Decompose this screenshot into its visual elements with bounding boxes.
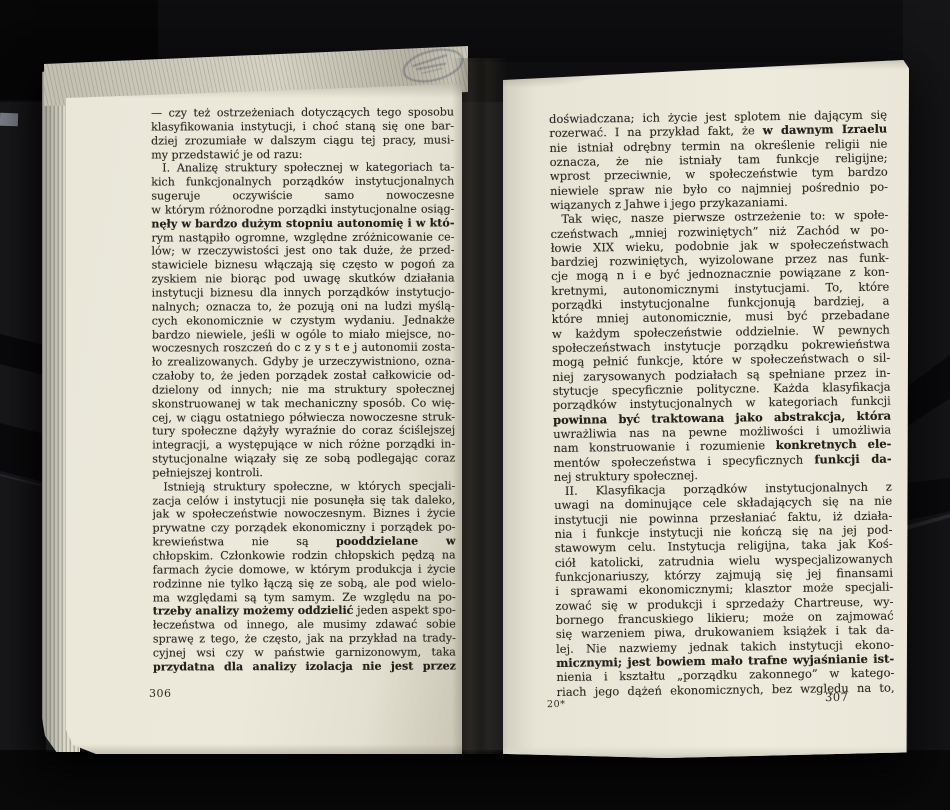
text-line: zacja celów i instytucji nie posunęła si… (152, 493, 455, 508)
text-line: cych ekonomicznie w czystym wydaniu. Jed… (152, 313, 455, 328)
page-number-right: 307 (825, 690, 849, 704)
text-line: pełniejszej kontroli. (152, 465, 455, 480)
text-line: jak w społeczeństwie nowoczesnym. Biznes… (152, 507, 455, 522)
text-line: stawiciele biznesu włączają się często w… (152, 258, 455, 273)
gray-dash (0, 113, 18, 127)
text-line: chłopskim. Członkowie rodzin chłopskich … (153, 548, 456, 563)
signature-mark: 20* (547, 699, 565, 710)
text-line: klasyfikowania instytucji, i choć staną … (151, 119, 454, 134)
text-line: — czy też ostrzeżeniach dotyczących tego… (151, 105, 454, 120)
text-line: woczesnych roszczeń do c z y s t e j aut… (152, 341, 455, 356)
text-line: integracji, a występujące w nich różne p… (152, 438, 455, 453)
text-line: dzielony od innych; nie ma struktury spo… (152, 382, 455, 397)
text-line: ma względami są tym samym. Ze względu na… (153, 590, 456, 605)
text-line: krewieństwa nie są pooddzielane w społec… (153, 535, 456, 550)
left-page-text: — czy też ostrzeżeniach dotyczących tego… (151, 105, 456, 674)
text-line: rym nastąpiło ogromne, względne zróżnico… (151, 230, 454, 245)
background-bottom (0, 750, 950, 810)
text-line: prywatne czy porządek ekonomiczny i porz… (152, 521, 455, 536)
text-line: my przedstawić je od razu: (151, 147, 454, 162)
text-line: nęły w bardzo dużym stopniu autonomię i … (151, 216, 454, 231)
text-line: w którym różnorodne porządki instytucjon… (151, 202, 454, 217)
page-number-left: 306 (149, 687, 172, 700)
text-line: ło zrealizowanych. Gdyby je urzeczywistn… (152, 355, 455, 370)
right-page-text: doświadczana; ich życie jest splotem nie… (549, 108, 895, 699)
text-line: lów; w rzeczywistości jest ono tak duże,… (151, 244, 454, 259)
text-line: stytucjonalne wiązały się ze sobą podleg… (152, 452, 455, 467)
text-line: sugeruje oczywiście samo nowoczesne społ… (151, 189, 454, 204)
text-line: tury społeczne dążyły wyraźnie do coraz … (152, 424, 455, 439)
text-line: zyskiem nie biorąc pod uwagę skutków dzi… (152, 272, 455, 287)
text-line: Istnieją struktury społeczne, w których … (152, 479, 455, 494)
text-line: sprawę z tego, że często, jak na przykła… (153, 632, 456, 647)
text-line: rodzinne nie tylko łączą się ze sobą, al… (153, 576, 456, 591)
text-line: dziej zrozumiałe w dalszym ciągu tej pra… (151, 133, 454, 148)
text-line: trzeby analizy możemy oddzielić jeden as… (153, 604, 456, 619)
text-line: kich funkcjonalnych porządków instytucjo… (151, 175, 454, 190)
text-line: I. Analizę struktury społecznej w katego… (151, 161, 454, 176)
text-line: łeczeństwa od innego, ale musimy zdawać … (153, 618, 456, 633)
text-line: skonstruowanej w tak mechaniczny sposób.… (152, 396, 455, 411)
text-line: nalnych; oznacza to, że pozują oni na lu… (152, 299, 455, 314)
text-line: instytucji biznesu dla innych porządków … (152, 285, 455, 300)
book-gutter (452, 58, 508, 754)
text-line: cej, w ciągu ostatniego półwiecza nowocz… (152, 410, 455, 425)
text-line: przydatna dla analizy izolacja nie jest … (153, 659, 456, 674)
text-line: cyjnej wsi czy w państwie garnizonowym, … (153, 645, 456, 660)
text-line: bardzo niewiele, jeśli w ogóle to miało … (152, 327, 455, 342)
book-photo: — czy też ostrzeżeniach dotyczących tego… (0, 0, 950, 810)
text-line: farmach życie domowe, w którym produkcja… (153, 562, 456, 577)
text-line: czałoby to, że jeden porządek został cał… (152, 369, 455, 384)
